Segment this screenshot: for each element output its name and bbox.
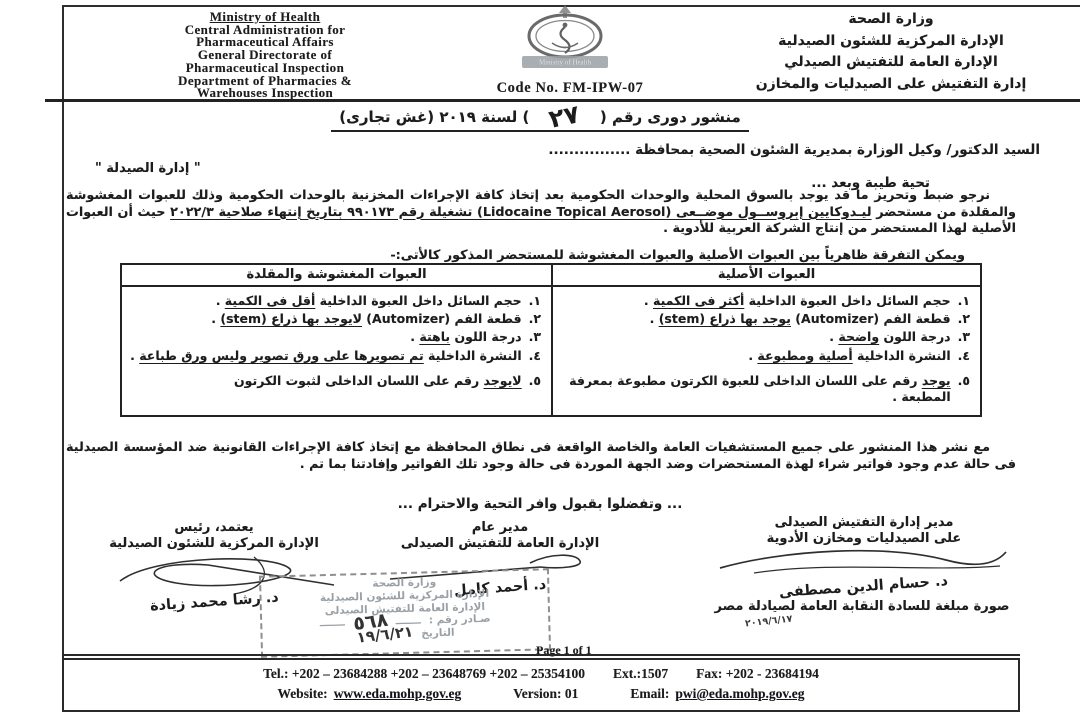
header-arabic-block: وزارة الصحة الإدارة المركزية للشئون الصي… xyxy=(715,9,1067,95)
table-item: ٤. النشرة الداخلية تم تصويرها على ورق تص… xyxy=(130,348,541,364)
signature-scribble-icon xyxy=(714,546,1014,580)
body-paragraph: نرجو ضبط وتحريز ما قد يوجد بالسوق المحلي… xyxy=(66,188,1016,238)
scanned-circular-document: Ministry of Health Central Administratio… xyxy=(0,0,1080,720)
copy-distribution-note: صورة مبلغة للسادة النقابة العامة لصيادلة… xyxy=(688,599,1036,614)
table-item: ٥. يوجد رقم على اللسان الداخلى للعبوة ال… xyxy=(561,373,970,405)
fax-number: Fax: +202 - 23684194 xyxy=(696,666,819,682)
comparison-intro-line: ويمكن التفرقة ظاهرياً بين العبوات الأصلي… xyxy=(390,248,965,263)
handwritten-date: ١٩/٦/٢١ xyxy=(356,626,414,645)
handwritten-copy-date: ٢٠١٩/٦/١٧ xyxy=(745,614,793,630)
signature-title: مدير إدارة التفتيش الصيدلى xyxy=(698,515,1030,531)
table-item: ١. حجم السائل داخل العبوة الداخلية أكثر … xyxy=(561,293,970,309)
header-ar-line: وزارة الصحة xyxy=(715,9,1067,31)
table-item: ٤. النشرة الداخلية أصلية ومطبوعة . xyxy=(561,348,970,364)
table-item: ٣. درجة اللون واضحة . xyxy=(561,329,970,345)
signature-title: مدير عام xyxy=(352,520,648,536)
table-item: ٣. درجة اللون باهتة . xyxy=(130,329,541,345)
website-label: Website: xyxy=(277,686,327,702)
email-link[interactable]: pwi@eda.mohp.gov.eg xyxy=(675,686,804,702)
emblem-banner-text: Ministry of Health xyxy=(539,59,592,67)
table-item: ٢. قطعة الفم (Automizer) يوجد بها ذراع (… xyxy=(561,311,970,327)
website-pair: Website: www.eda.mohp.gov.eg xyxy=(277,686,461,702)
signature-title: الإدارة العامة للتفتيش الصيدلى xyxy=(352,536,648,552)
header-ar-line: الإدارة المركزية للشئون الصيدلية xyxy=(715,31,1067,53)
extension-number: Ext.:1507 xyxy=(613,666,668,682)
original-packs-cell: ١. حجم السائل داخل العبوة الداخلية أكثر … xyxy=(551,287,980,415)
email-label: Email: xyxy=(630,686,669,702)
header-ar-line: الإدارة العامة للتفتيش الصيدلي xyxy=(715,52,1067,74)
signature-title: يعتمد، رئيس xyxy=(66,520,362,536)
signature-title: على الصيدليات ومخازن الأدوية xyxy=(698,531,1030,547)
telephone-numbers: Tel.: +202 – 23684288 +202 – 23648769 +2… xyxy=(263,666,585,682)
footer-line-2: Website: www.eda.mohp.gov.eg Version: 01… xyxy=(64,686,1018,702)
header-english-block: Ministry of Health Central Administratio… xyxy=(80,11,450,100)
document-code: Code No. FM-IPW-07 xyxy=(448,80,692,97)
website-link[interactable]: www.eda.mohp.gov.eg xyxy=(334,686,462,702)
counterfeit-packs-cell: ١. حجم السائل داخل العبوة الداخلية أقل ف… xyxy=(122,287,551,415)
handwritten-circular-number: ٢٧ xyxy=(529,106,600,128)
date-label: التاريخ xyxy=(421,627,455,641)
footer-line-1: Tel.: +202 – 23684288 +202 – 23648769 +2… xyxy=(64,666,1018,682)
table-item: ٢. قطعة الفم (Automizer) لايوجد بها ذراع… xyxy=(130,311,541,327)
ministry-of-health-emblem-icon: Ministry of Health xyxy=(500,3,630,73)
comparison-table: العبوات الأصلية العبوات المغشوشة والمقلد… xyxy=(120,263,982,417)
title-prefix: منشور دورى رقم ( xyxy=(600,108,741,126)
footer-separator-line xyxy=(62,654,1020,656)
signature-title: الإدارة المركزية للشئون الصيدلية xyxy=(66,536,362,552)
salutation-line: ... وتفضلوا بقبول وافر التحية والاحترام … xyxy=(0,496,1080,512)
closing-paragraph: مع نشر هذا المنشور على جميع المستشفيات ا… xyxy=(66,439,1016,473)
table-item: ١. حجم السائل داخل العبوة الداخلية أقل ف… xyxy=(130,293,541,309)
addressee-line: السيد الدكتور/ وكيل الوزارة بمديرية الشئ… xyxy=(80,142,1040,158)
table-item: ٥. لايوجد رقم على اللسان الداخلى لثبوت ا… xyxy=(130,373,541,389)
header-ar-line: إدارة التفتيش على الصيدليات والمخازن xyxy=(715,74,1067,96)
counterfeit-packs-header: العبوات المغشوشة والمقلدة xyxy=(122,265,551,287)
issue-stamp: وزارة الصحة الإدارة المركزية للشئون الصي… xyxy=(259,568,551,658)
version-text: Version: 01 xyxy=(513,686,578,702)
title-suffix: ) لسنة ٢٠١٩ (غش تجارى) xyxy=(339,108,529,126)
issue-number-label: صـادر رقم : xyxy=(429,613,491,627)
circular-title-row: منشور دورى رقم (٢٧) لسنة ٢٠١٩ (غش تجارى) xyxy=(0,107,1080,132)
original-packs-header: العبوات الأصلية xyxy=(551,265,980,287)
pharmacy-administration-line: " إدارة الصيدلة " xyxy=(95,161,201,176)
signature-block-inspection-director: مدير إدارة التفتيش الصيدلى على الصيدليات… xyxy=(698,515,1030,596)
circular-title: منشور دورى رقم (٢٧) لسنة ٢٠١٩ (غش تجارى) xyxy=(331,108,749,132)
footer-contact-box: Tel.: +202 – 23684288 +202 – 23648769 +2… xyxy=(62,658,1020,712)
email-pair: Email: pwi@eda.mohp.gov.eg xyxy=(630,686,804,702)
